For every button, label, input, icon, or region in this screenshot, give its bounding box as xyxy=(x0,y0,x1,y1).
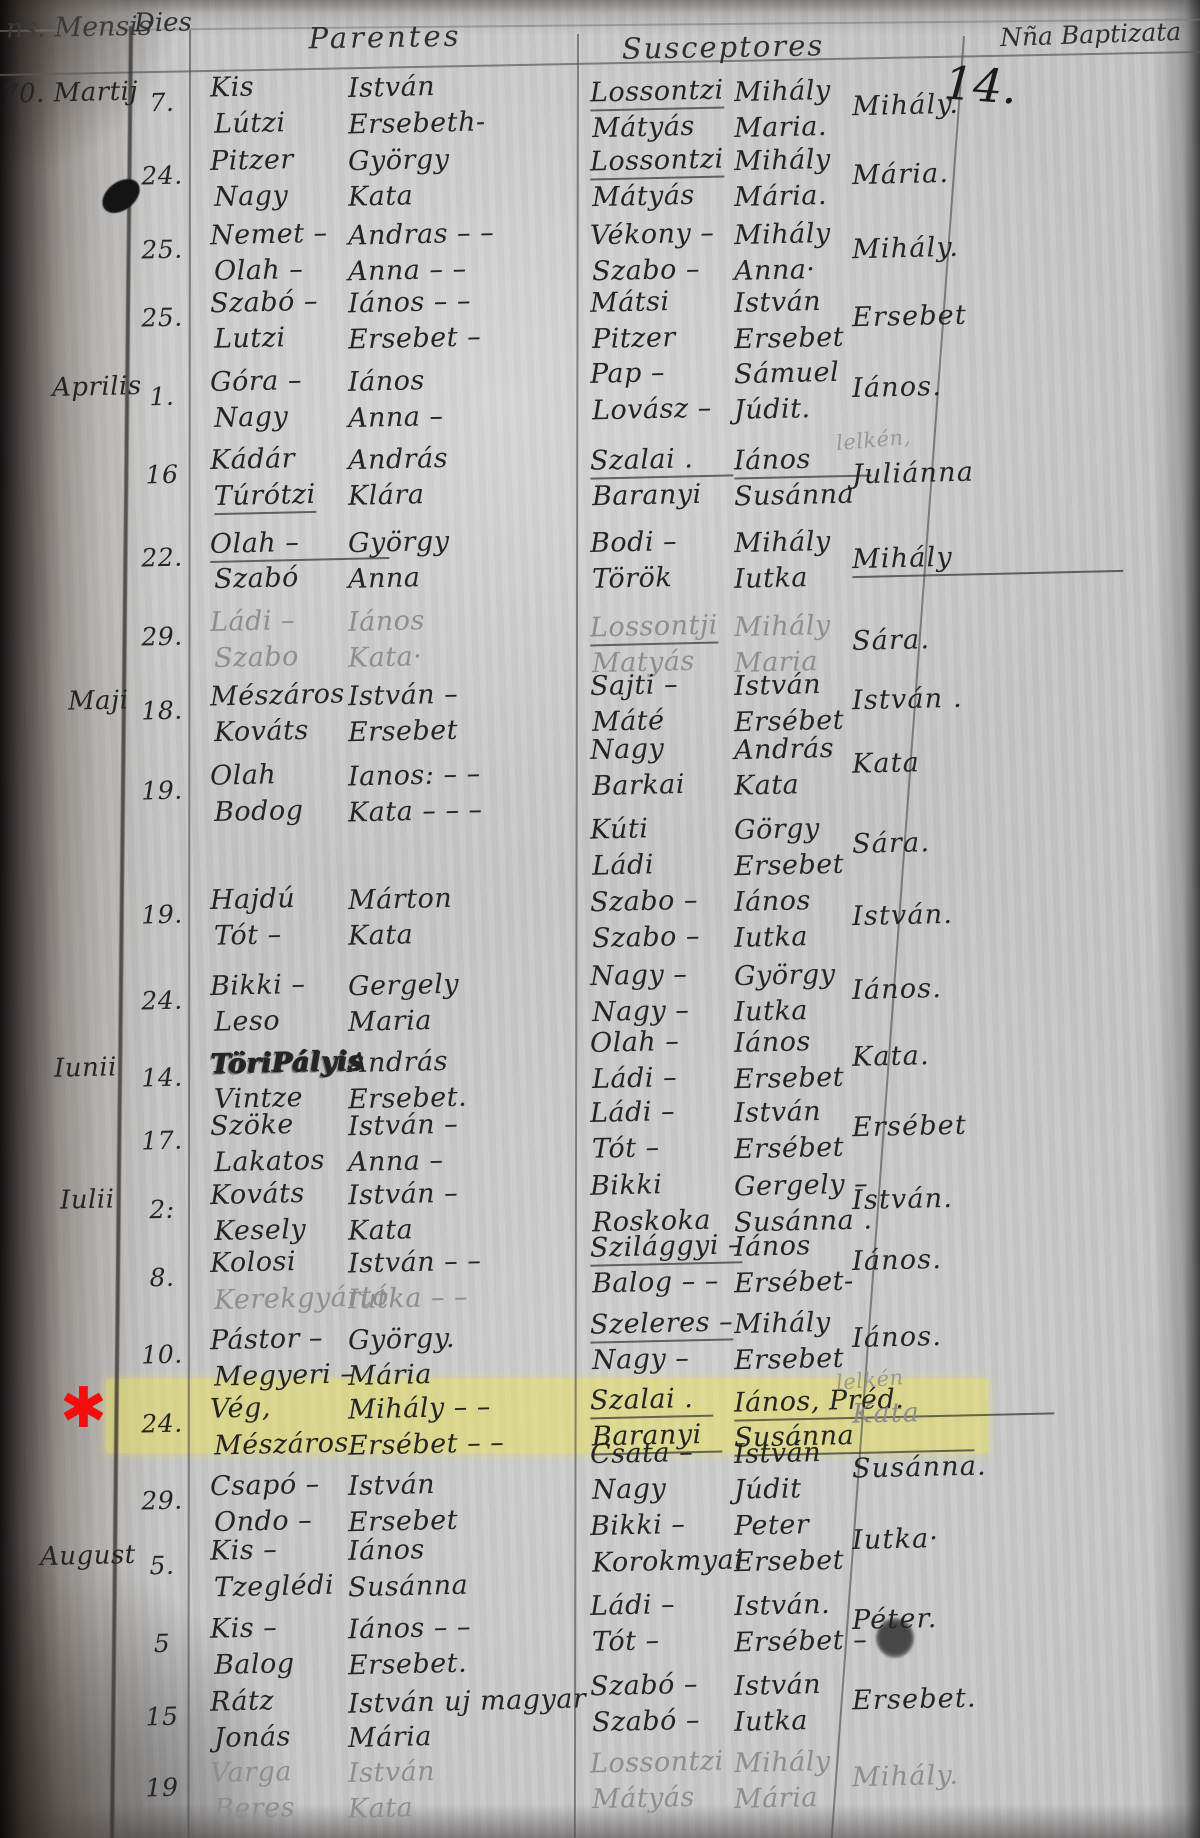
susceptor1-given: András xyxy=(734,733,835,766)
susceptor2-surname: Nagy – xyxy=(592,995,690,1028)
mother-surname: Lútzi xyxy=(214,107,286,140)
mother-surname: Balog xyxy=(214,1648,295,1681)
day-value: 5. xyxy=(134,1550,191,1580)
mother-given: Ersebet xyxy=(348,1505,459,1538)
susceptor1-surname: Lossontzi xyxy=(590,1745,724,1779)
father-surname: Kis – xyxy=(210,1534,278,1567)
susceptor1-given: Iános xyxy=(734,1026,811,1059)
mother-given: Anna – xyxy=(348,401,444,434)
father-given: Iános xyxy=(348,365,425,398)
day-value: 25. xyxy=(134,302,191,332)
mother-given: Anna – xyxy=(348,1145,444,1178)
mother-surname: Bodog xyxy=(214,795,304,828)
susceptor2-given: Ersébet – xyxy=(734,1624,868,1658)
baptized-name: Ersébet xyxy=(852,1110,968,1144)
father-surname: Bikki – xyxy=(210,969,306,1002)
day-value: 24. xyxy=(134,1408,191,1438)
susceptor1-surname: Lossontzi xyxy=(590,74,725,111)
susceptor1-surname: Szabo – xyxy=(590,885,699,918)
day-value: 24. xyxy=(134,985,191,1015)
father-given: György xyxy=(348,526,450,559)
susceptor1-surname: Olah – xyxy=(590,1026,680,1059)
susceptor2-given: Ersebet xyxy=(734,1545,845,1578)
day-value: 19. xyxy=(134,775,191,805)
column-header-nomina-baptizata: Nña Baptizata xyxy=(1000,17,1182,52)
day-value: 14. xyxy=(134,1062,191,1092)
father-surname: Ládi – xyxy=(210,605,296,638)
day-value: 10. xyxy=(134,1339,191,1369)
mother-surname: Tót – xyxy=(214,919,282,952)
day-value: 15 xyxy=(134,1701,191,1731)
baptized-name: Iános. xyxy=(852,371,943,404)
father-surname: Mészáros xyxy=(210,678,345,712)
father-given: Iános – – xyxy=(348,1612,472,1646)
father-given: István uj magyar xyxy=(348,1683,587,1719)
day-value: 22. xyxy=(134,542,191,572)
baptized-name: Kata xyxy=(852,747,921,780)
baptized-name: Ersebet. xyxy=(852,1683,977,1717)
column-header-susceptores: Susceptores xyxy=(578,27,869,66)
baptized-name: Péter. xyxy=(852,1603,938,1636)
susceptor1-given: Sámuel xyxy=(734,357,840,390)
day-value: 5 xyxy=(134,1628,191,1658)
father-given: András xyxy=(348,443,449,476)
father-surname: Pitzer xyxy=(210,144,294,177)
day-value: 18. xyxy=(134,695,191,725)
susceptor1-given: Peter xyxy=(734,1509,810,1542)
susceptor2-surname: Pitzer xyxy=(592,322,676,355)
father-surname: Góra – xyxy=(210,365,303,398)
day-value: 19. xyxy=(134,899,191,929)
susceptor2-given: Ersebet xyxy=(734,322,845,355)
susceptor2-given: Anna· xyxy=(734,254,816,287)
susceptor1-surname: Lossontji xyxy=(590,610,719,647)
father-given: Gergely xyxy=(348,969,460,1003)
baptized-name: Sára. xyxy=(852,827,931,860)
susceptor1-surname: Vékony – xyxy=(590,218,715,252)
father-given: István xyxy=(348,1469,436,1502)
susceptor1-given: György xyxy=(734,959,836,992)
baptized-name: Mihály. xyxy=(852,232,960,265)
susceptor2-surname: Baranyi xyxy=(592,479,702,512)
susceptor2-given: Kata xyxy=(734,769,800,801)
baptized-name: Iános. xyxy=(852,973,943,1006)
column-header-mensis: ns. Mensis xyxy=(6,11,152,45)
father-surname: Olah xyxy=(210,759,277,791)
susceptor2-given: Ersebet xyxy=(734,1062,845,1095)
susceptor1-surname: Szalai . xyxy=(590,1383,714,1420)
mother-surname: Ondo – xyxy=(214,1505,313,1538)
susceptor2-surname: Tót – xyxy=(592,1132,660,1165)
baptized-name: Mihály. xyxy=(852,1760,960,1793)
clerk-annotation: lelkén, xyxy=(835,425,912,455)
father-given: Iános – – xyxy=(348,286,472,320)
father-given: György xyxy=(348,144,450,177)
susceptor1-surname: Szabó – xyxy=(590,1669,699,1702)
susceptor2-given: Ersebet xyxy=(734,1343,845,1376)
column-header-parentes: Parentes xyxy=(195,17,576,58)
susceptor2-surname: Mátyás xyxy=(592,111,695,144)
susceptor2-surname: Ládi – xyxy=(592,1062,678,1095)
baptized-name: István. xyxy=(852,1183,954,1216)
susceptor1-surname: Bodi – xyxy=(590,526,678,559)
susceptor1-given: István xyxy=(734,1669,822,1702)
baptized-name: Mihály xyxy=(852,538,1124,578)
father-given: Ianos: – – xyxy=(348,759,481,793)
day-value: 24. xyxy=(134,160,191,190)
baptized-name: István. xyxy=(852,899,954,932)
father-surname: Kis – xyxy=(210,1612,278,1645)
susceptor2-surname: Szabó – xyxy=(592,1705,701,1738)
father-given: István xyxy=(348,1756,436,1789)
register-page-scan: ns. Mensis Dies Parentes Susceptores Nña… xyxy=(0,0,1200,1838)
day-value: 1. xyxy=(134,381,191,411)
baptized-name: Mihály. xyxy=(852,89,960,122)
susceptor2-surname: Szabo – xyxy=(592,921,701,954)
mother-surname: Lakatos xyxy=(214,1145,326,1179)
susceptor1-given: István xyxy=(734,1437,822,1470)
father-given: István – – xyxy=(348,1245,482,1279)
susceptor1-surname: Bikki – xyxy=(590,1509,686,1542)
baptized-name: Kata xyxy=(852,1397,921,1430)
father-surname: Varga xyxy=(210,1756,293,1789)
day-value: 17. xyxy=(134,1125,191,1155)
mother-surname: Nagy xyxy=(214,401,289,434)
susceptor2-given: Mária. xyxy=(734,180,828,213)
father-given: Márton xyxy=(348,883,453,916)
mother-surname: Kováts xyxy=(214,715,309,748)
mother-given: Ersebet. xyxy=(348,1648,468,1682)
parentes-column-rule xyxy=(574,34,579,1838)
susceptor2-surname: Török xyxy=(592,562,673,595)
mother-given: Mária xyxy=(348,1359,433,1392)
father-surname: Nemet – xyxy=(210,218,328,252)
susceptor2-surname: Nagy xyxy=(592,1473,667,1506)
day-value: 16 xyxy=(134,459,191,489)
mother-given: Klára xyxy=(348,479,425,512)
susceptor2-given: Ersébet- xyxy=(734,1266,854,1300)
mother-given: Anna – – xyxy=(348,254,467,288)
susceptor1-given: Mihály xyxy=(734,144,831,177)
mother-surname: Kesely xyxy=(214,1214,307,1247)
susceptor1-given: Iános xyxy=(734,885,811,918)
baptized-name: Susánna. xyxy=(852,1450,988,1484)
susceptor2-given: Iutka xyxy=(734,995,809,1028)
father-surname: Csapó – xyxy=(210,1469,320,1502)
susceptor1-given: Mihály xyxy=(734,218,831,251)
susceptor2-given: Iutka xyxy=(734,921,809,954)
day-value: 29. xyxy=(134,1485,191,1515)
susceptor1-given: István xyxy=(734,1096,822,1129)
susceptor2-given: Júdit. xyxy=(734,393,811,426)
day-value: 29. xyxy=(134,621,191,651)
day-value: 8. xyxy=(134,1262,191,1292)
susceptor1-surname: Lossontzi xyxy=(590,143,725,180)
susceptor1-surname: Szeleres – xyxy=(590,1306,734,1343)
susceptor2-surname: Ládi xyxy=(592,849,655,881)
father-surname: Vég, xyxy=(210,1392,272,1424)
susceptor1-given: Görgy xyxy=(734,813,820,846)
mother-given: Iutka – – xyxy=(348,1282,469,1316)
mother-given: Ersebet – xyxy=(348,321,482,355)
father-surname: Kolosi xyxy=(210,1246,297,1279)
susceptor1-surname: Mátsi xyxy=(590,286,670,319)
father-given: Mihály – – xyxy=(348,1391,491,1425)
baptized-name: Ersebet xyxy=(852,300,968,334)
father-surname: Pástor – xyxy=(210,1323,324,1357)
susceptor2-surname: Korokmyai xyxy=(592,1544,744,1578)
mother-given: Maria xyxy=(348,1005,433,1038)
mother-surname: Megyeri – xyxy=(214,1358,355,1392)
susceptor2-given: Iutka xyxy=(734,562,809,595)
mother-given: Susánna xyxy=(348,1570,469,1604)
susceptor1-given: Mihály xyxy=(734,1307,831,1340)
month-label: Iunii xyxy=(54,1052,118,1083)
mother-surname: Mészáros xyxy=(214,1427,349,1461)
mother-surname: Tzeglédi xyxy=(214,1570,335,1604)
father-surname: Szabó – xyxy=(210,286,319,319)
father-surname: TöriPályis xyxy=(210,1045,364,1079)
baptized-name: Juliánna xyxy=(852,457,975,491)
day-value: 25. xyxy=(134,234,191,264)
baptized-name: Kata. xyxy=(852,1040,930,1073)
father-given: György. xyxy=(348,1323,456,1356)
day-value: 7. xyxy=(134,87,191,117)
susceptor1-surname: Ládi – xyxy=(590,1589,676,1622)
susceptor2-given: Ersebet xyxy=(734,849,845,882)
mother-given: Kata xyxy=(348,180,414,212)
father-surname: Hajdú xyxy=(210,883,296,916)
mother-given: Kata xyxy=(348,919,414,951)
susceptor2-given: Iutka xyxy=(734,1705,809,1738)
susceptor1-given: Mihály xyxy=(734,526,831,559)
month-label: Aprilis xyxy=(52,371,142,403)
susceptor1-surname: Pap – xyxy=(590,357,666,390)
result-marker-asterisk-icon: ✱ xyxy=(60,1381,107,1437)
baptized-name: Sára. xyxy=(852,624,931,657)
father-given: Iános xyxy=(348,605,425,638)
susceptor1-given: Gergely – xyxy=(734,1168,869,1202)
mother-given: Anna xyxy=(348,562,421,595)
day-value: 2: xyxy=(134,1194,191,1224)
susceptor2-surname: Nagy – xyxy=(592,1343,690,1376)
susceptor1-surname: Sajti – xyxy=(590,669,679,702)
susceptor1-surname: Szalai . xyxy=(590,442,734,479)
susceptor1-given: Iános xyxy=(734,1230,811,1263)
susceptor2-given: Ersébet xyxy=(734,1132,845,1165)
father-surname: Kádár xyxy=(210,443,296,476)
mother-surname: Szabo xyxy=(214,641,300,674)
susceptor1-surname: Kúti xyxy=(590,813,649,845)
susceptor2-surname: Barkai xyxy=(592,769,686,802)
father-given: Iános xyxy=(348,1534,425,1567)
mother-surname: Nagy xyxy=(214,180,289,213)
susceptor1-given: Mihály xyxy=(734,75,831,108)
father-surname: Rátz xyxy=(210,1685,275,1717)
mother-given: Kata – – – xyxy=(348,794,483,828)
susceptor2-surname: Lovász – xyxy=(592,393,712,427)
susceptor1-given: István xyxy=(734,286,822,319)
mother-surname: Olah – xyxy=(214,254,304,287)
mother-given: Ersebeth- xyxy=(348,106,486,140)
susceptor2-given: Susánna xyxy=(734,479,855,513)
baptized-name: István . xyxy=(852,683,964,717)
day-value: 19 xyxy=(134,1772,191,1802)
mother-surname: Leso xyxy=(214,1005,281,1037)
susceptor2-surname: Balog – – xyxy=(592,1266,719,1300)
baptized-name: Mária. xyxy=(852,158,950,191)
mother-given: Kata xyxy=(348,1792,414,1824)
susceptor1-surname: Csata – xyxy=(590,1437,694,1470)
susceptor1-surname: Nagy – xyxy=(590,959,688,992)
susceptor1-surname: Nagy xyxy=(590,733,665,766)
susceptor1-surname: Szilággyi – xyxy=(590,1229,743,1266)
month-label: 70. Martij xyxy=(2,76,139,109)
father-given: István xyxy=(348,71,436,104)
mother-surname: Túrótzi xyxy=(214,479,317,515)
mother-given: Kata· xyxy=(348,641,423,674)
susceptor2-given: Júdit xyxy=(734,1473,802,1506)
baptized-name: Iutka· xyxy=(852,1523,940,1556)
susceptor2-given: Maria. xyxy=(734,111,828,144)
susceptor1-given: Mihály xyxy=(734,1746,831,1779)
father-given: István – xyxy=(348,679,459,712)
mother-given: Ersébet – – xyxy=(348,1427,505,1462)
father-given: István – xyxy=(348,1178,459,1211)
month-label: Iulii xyxy=(60,1184,115,1215)
susceptor1-given: István xyxy=(734,669,822,702)
susceptor1-given: István. xyxy=(734,1589,831,1622)
father-given: András xyxy=(348,1046,449,1079)
mother-given: Mária xyxy=(348,1721,433,1754)
baptized-name: Iános. xyxy=(852,1244,943,1277)
month-label: Maji xyxy=(68,685,129,716)
mother-surname: Lutzi xyxy=(214,322,286,355)
father-given: Andras – – xyxy=(348,217,495,251)
mother-given: Kata xyxy=(348,1214,414,1246)
column-header-dies: Dies xyxy=(134,7,192,38)
month-label: August xyxy=(40,1540,136,1572)
mother-surname: Szabó xyxy=(214,562,300,595)
susceptor2-surname: Tót – xyxy=(592,1625,660,1658)
father-surname: Szöke xyxy=(210,1109,295,1142)
susceptor1-given: Mihály xyxy=(734,610,831,643)
baptized-name: Iános. xyxy=(852,1321,943,1354)
father-given: István – xyxy=(348,1109,459,1142)
father-surname: Kis xyxy=(210,72,255,104)
susceptor2-given: Mária xyxy=(734,1782,819,1815)
father-surname: Kováts xyxy=(210,1178,305,1211)
susceptor2-surname: Mátyás xyxy=(592,1782,695,1815)
mother-surname: Beres xyxy=(214,1792,296,1825)
mother-surname: Jonás xyxy=(214,1721,292,1754)
susceptor1-surname: Ládi – xyxy=(590,1096,676,1129)
susceptor2-surname: Mátyás xyxy=(592,180,695,213)
mother-given: Ersebet xyxy=(348,715,459,748)
susceptor2-surname: Szabo – xyxy=(592,254,701,287)
susceptor1-surname: Bikki xyxy=(590,1169,663,1202)
